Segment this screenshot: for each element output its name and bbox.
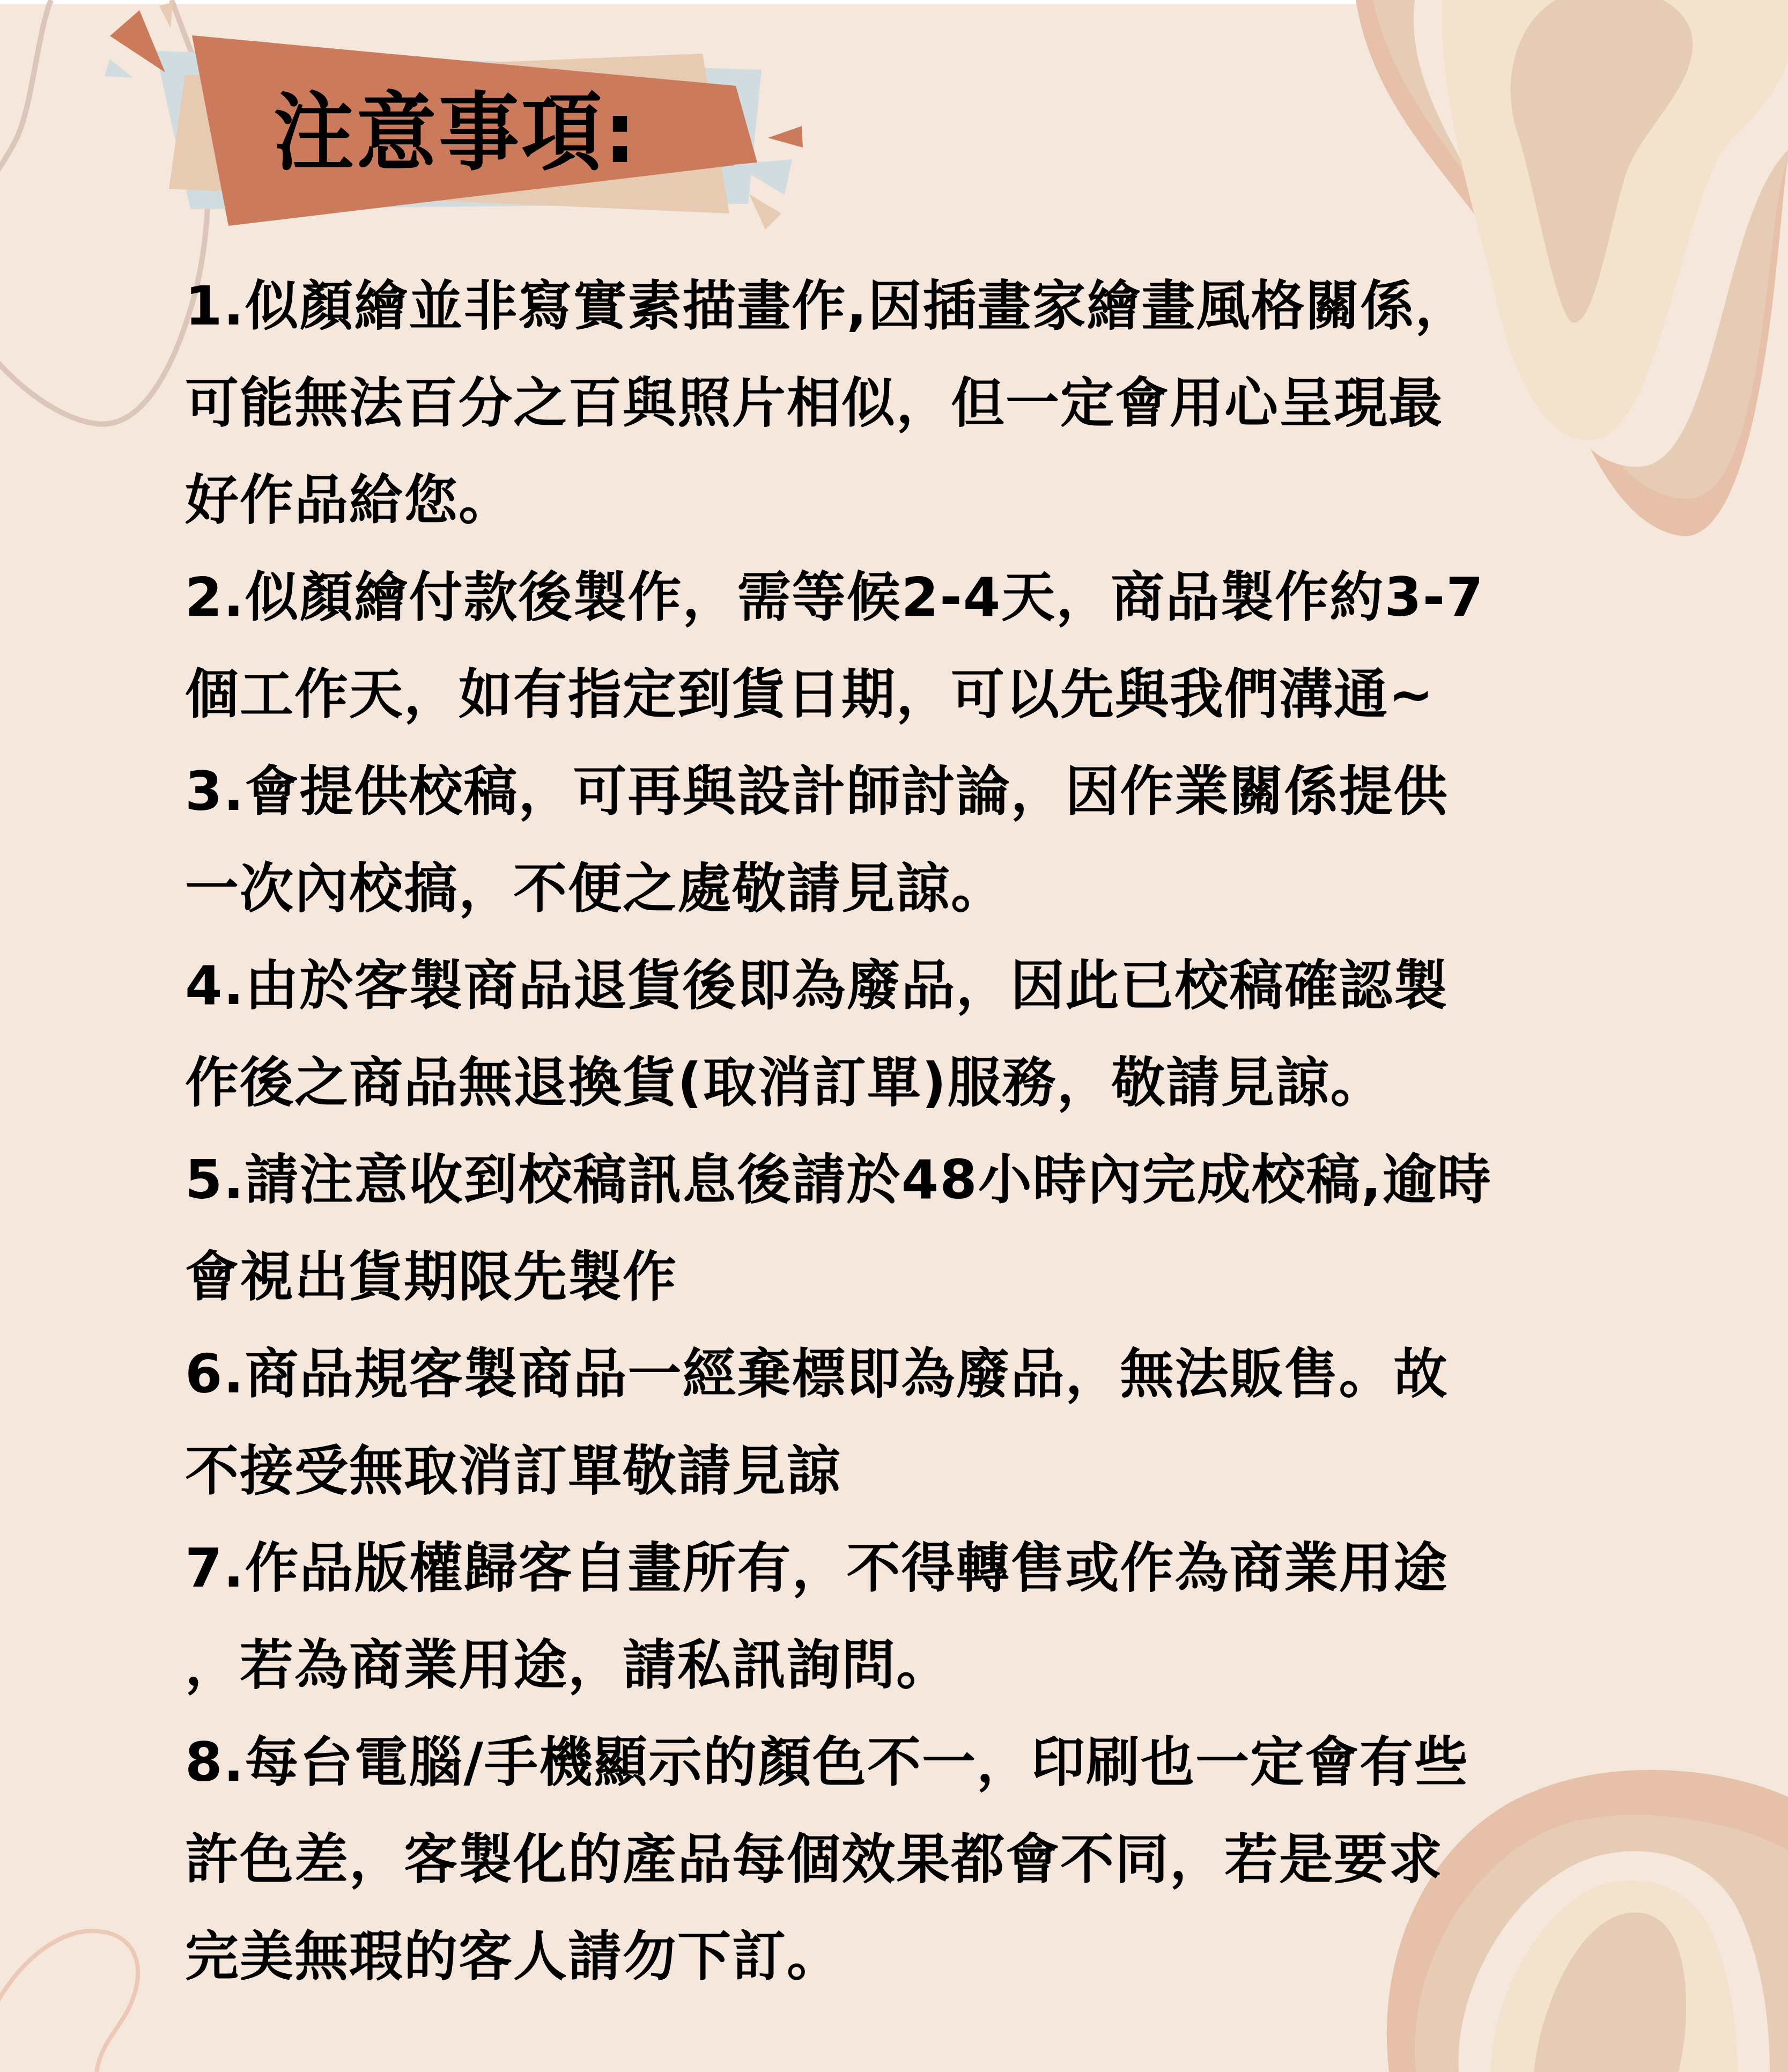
page-title: 注意事項:: [274, 91, 638, 176]
notice-line: 1.似顏繪並非寫實素描畫作,因插畫家繪畫風格關係，: [185, 257, 1665, 355]
notice-line: 6.商品規客製商品一經棄標即為廢品，無法販售。故: [185, 1325, 1665, 1422]
notice-item-1: 1.似顏繪並非寫實素描畫作,因插畫家繪畫風格關係， 可能無法百分之百與照片相似，…: [185, 257, 1665, 549]
outline-blob-bottom-left: [0, 1931, 138, 2072]
confetti-blue-left: [105, 59, 133, 78]
notice-item-3: 3.會提供校稿，可再與設計師討論，因作業關係提供 一次內校搞，不便之處敬請見諒。: [185, 743, 1665, 937]
notice-item-8: 8.每台電腦/手機顯示的顏色不一，印刷也一定會有些 許色差，客製化的產品每個效果…: [185, 1714, 1665, 2005]
notice-item-5: 5.請注意收到校稿訊息後請於48小時內完成校稿,逾時 會視出貨期限先製作: [185, 1131, 1665, 1325]
notice-line: 作後之商品無退換貨(取消訂單)服務，敬請見諒。: [185, 1034, 1665, 1131]
notice-list: 1.似顏繪並非寫實素描畫作,因插畫家繪畫風格關係， 可能無法百分之百與照片相似，…: [185, 257, 1665, 2005]
notice-item-4: 4.由於客製商品退貨後即為廢品，因此已校稿確認製 作後之商品無退換貨(取消訂單)…: [185, 937, 1665, 1131]
notice-line: 會視出貨期限先製作: [185, 1228, 1665, 1325]
notice-poster: 注意事項: 1.似顏繪並非寫實素描畫作,因插畫家繪畫風格關係， 可能無法百分之百…: [0, 0, 1788, 2072]
notice-line: ，若為商業用途，請私訊詢問。: [185, 1617, 1665, 1714]
notice-line: 不接受無取消訂單敬請見諒: [185, 1422, 1665, 1520]
confetti-tan-right: [749, 194, 781, 230]
notice-item-2: 2.似顏繪付款後製作，需等候2-4天，商品製作約3-7 個工作天，如有指定到貨日…: [185, 549, 1665, 743]
notice-line: 完美無瑕的客人請勿下訂。: [185, 1908, 1665, 2005]
confetti-tan-top: [159, 2, 173, 28]
outline-blob-top-left: [0, 0, 209, 424]
notice-line: 3.會提供校稿，可再與設計師討論，因作業關係提供: [185, 743, 1665, 840]
notice-line: 5.請注意收到校稿訊息後請於48小時內完成校稿,逾時: [185, 1131, 1665, 1228]
notice-item-6: 6.商品規客製商品一經棄標即為廢品，無法販售。故 不接受無取消訂單敬請見諒: [185, 1325, 1665, 1520]
top-white-strip: [0, 0, 1788, 4]
notice-item-7: 7.作品版權歸客自畫所有，不得轉售或作為商業用途 ，若為商業用途，請私訊詢問。: [185, 1520, 1665, 1714]
notice-line: 7.作品版權歸客自畫所有，不得轉售或作為商業用途: [185, 1520, 1665, 1617]
confetti-terracotta-left: [110, 10, 165, 72]
notice-line: 許色差，客製化的產品每個效果都會不同，若是要求: [185, 1811, 1665, 1908]
notice-line: 個工作天，如有指定到貨日期，可以先與我們溝通~: [185, 646, 1665, 743]
confetti-blue-right: [734, 159, 792, 195]
notice-line: 好作品給您。: [185, 452, 1665, 549]
confetti-terracotta-right: [768, 126, 803, 148]
notice-line: 2.似顏繪付款後製作，需等候2-4天，商品製作約3-7: [185, 549, 1665, 646]
notice-line: 一次內校搞，不便之處敬請見諒。: [185, 840, 1665, 937]
notice-line: 8.每台電腦/手機顯示的顏色不一，印刷也一定會有些: [185, 1714, 1665, 1811]
notice-line: 4.由於客製商品退貨後即為廢品，因此已校稿確認製: [185, 937, 1665, 1034]
notice-line: 可能無法百分之百與照片相似，但一定會用心呈現最: [185, 355, 1665, 452]
